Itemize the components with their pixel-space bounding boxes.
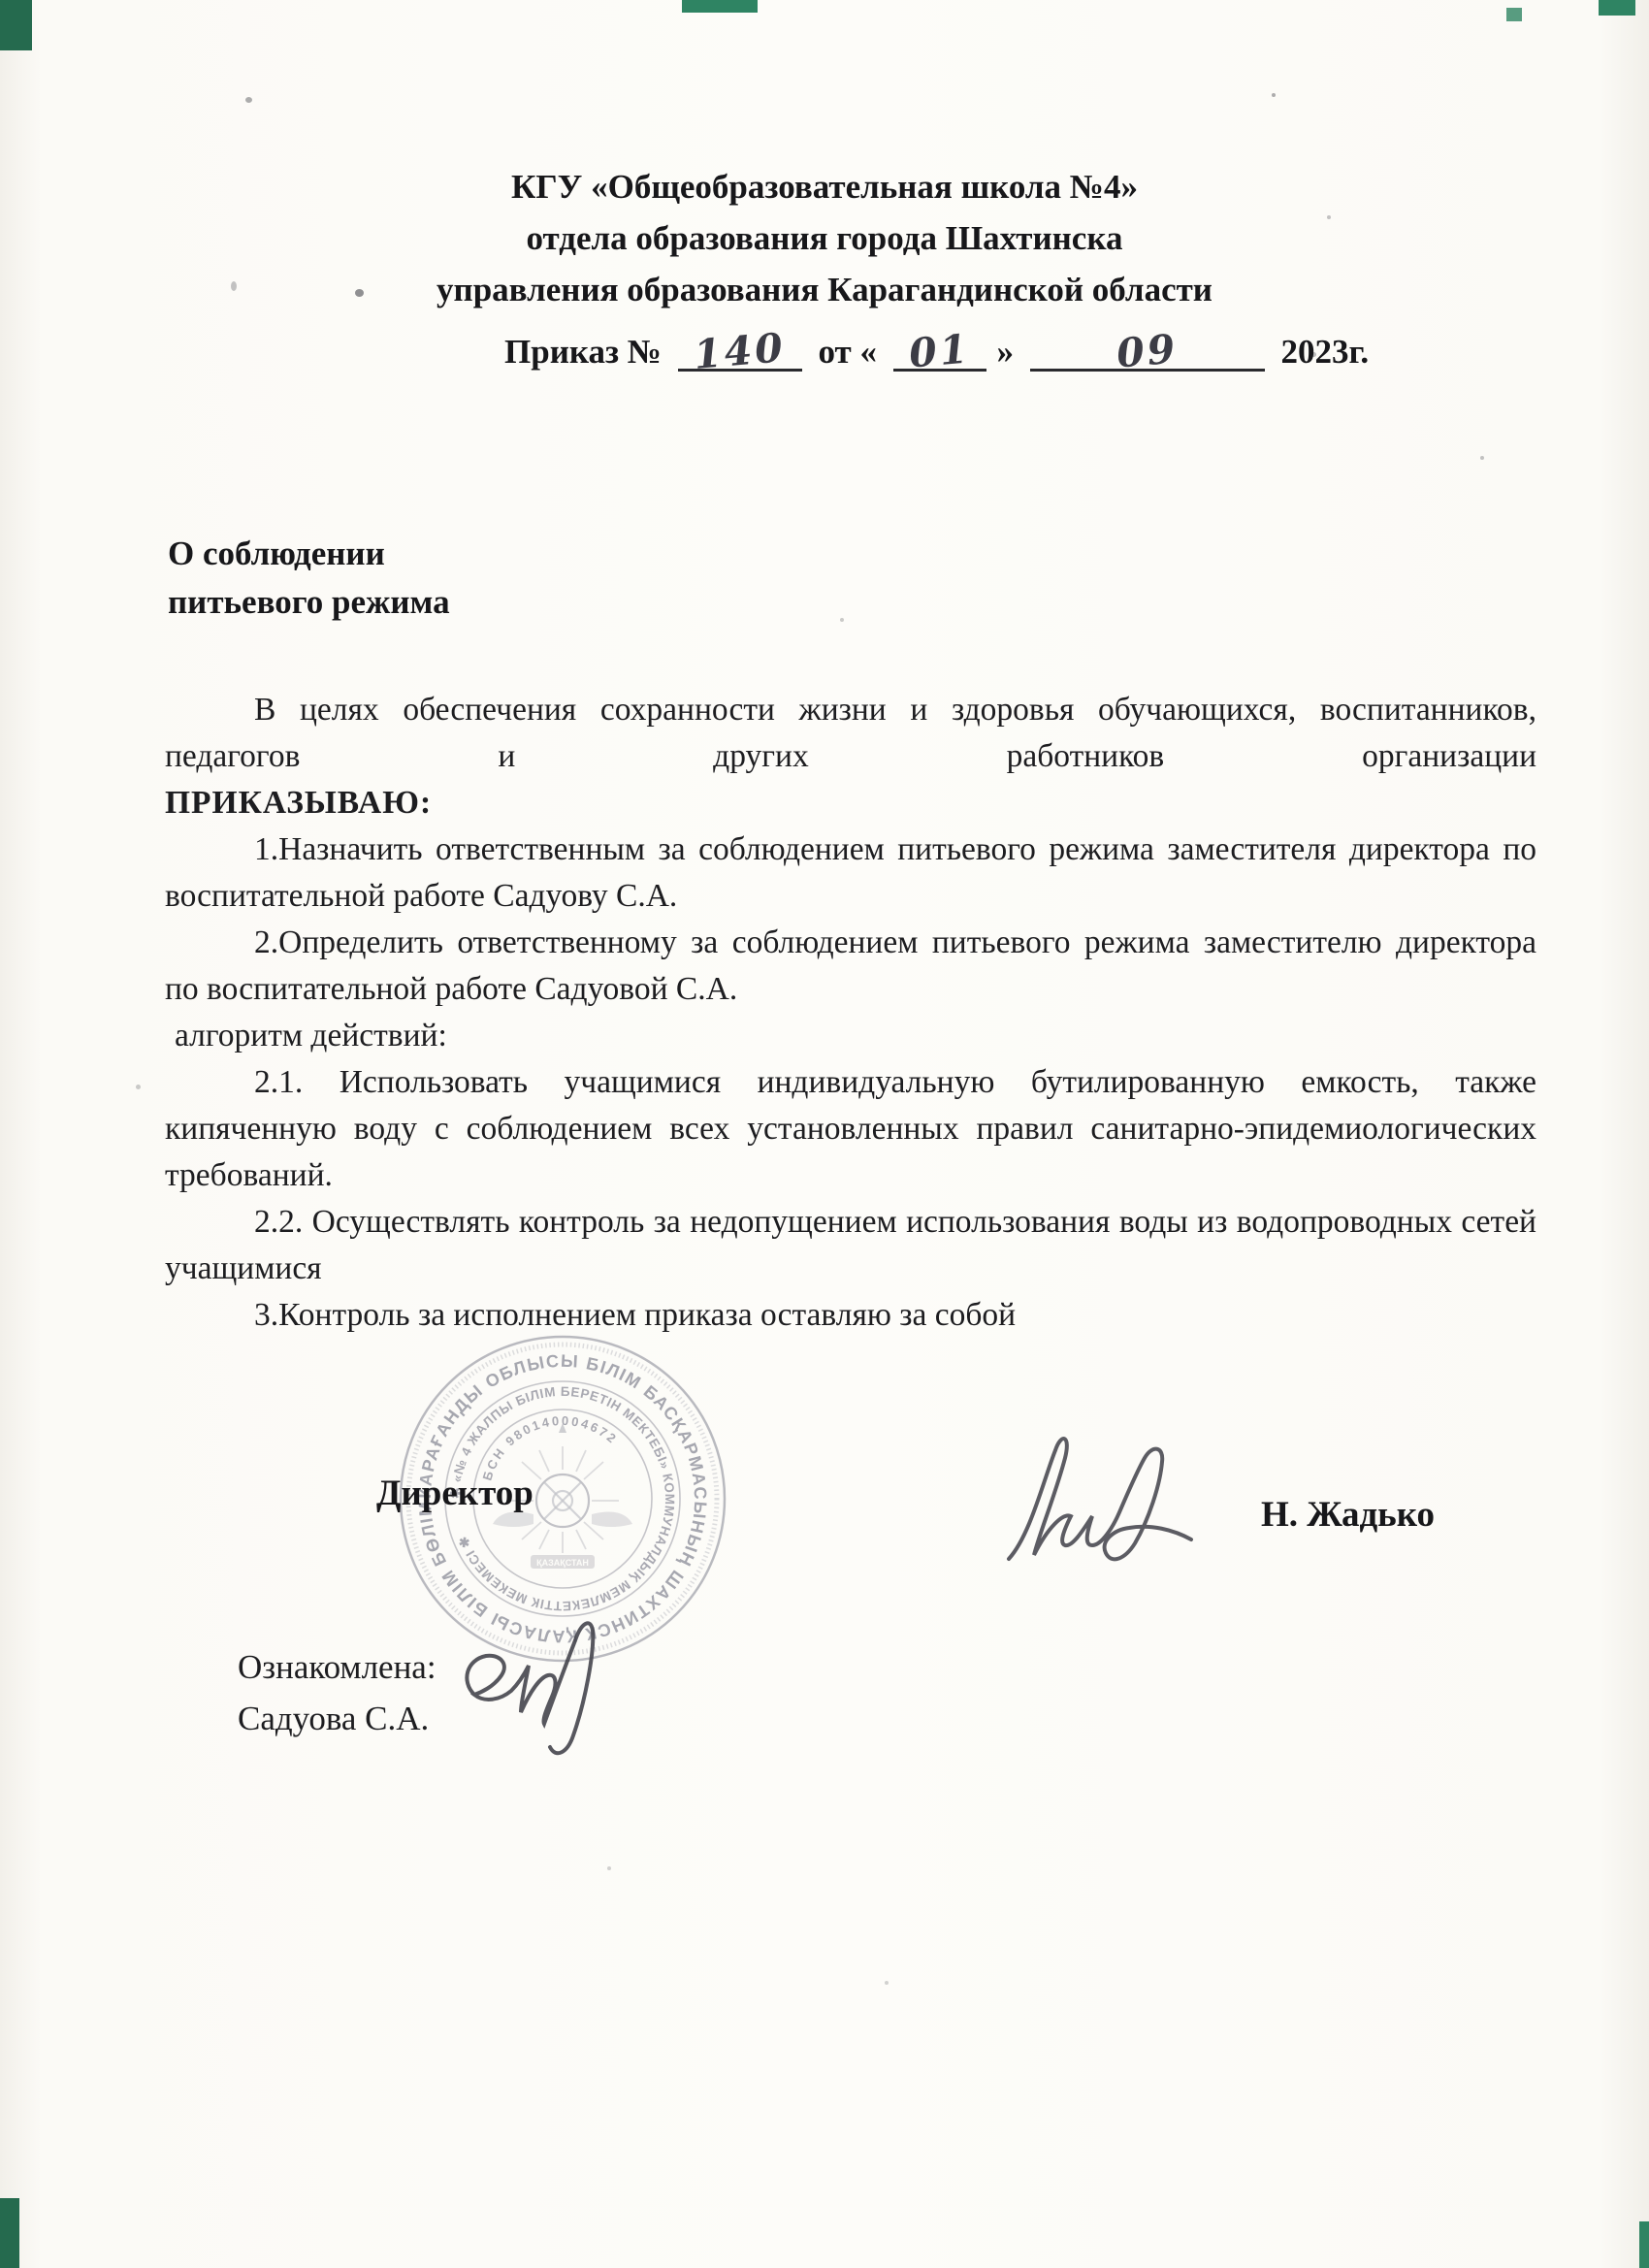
- order-month-handwritten: 09: [1115, 325, 1180, 376]
- scan-speck: [1480, 456, 1484, 460]
- point-2-continuation: алгоритм действий:: [165, 1013, 1536, 1059]
- point-2-1: 2.1. Использовать учащимися индивидуальн…: [165, 1059, 1536, 1199]
- director-label: Директор: [376, 1473, 533, 1514]
- scan-artifact: [1639, 2221, 1649, 2268]
- point-2: 2.Определить ответственному за соблюдени…: [165, 920, 1536, 1013]
- order-ot: от «: [818, 333, 876, 371]
- acknowledged-name: Садуова С.А.: [238, 1693, 436, 1744]
- point-2-2: 2.2. Осуществлять контроль за недопущени…: [165, 1199, 1536, 1292]
- intro-paragraph: В целях обеспечения сохранности жизни и …: [165, 687, 1536, 780]
- scan-artifact: [1506, 8, 1522, 21]
- scan-artifact: [682, 0, 758, 13]
- director-name: Н. Жадько: [1261, 1494, 1435, 1536]
- document-header: КГУ «Общеобразовательная школа №4» отдел…: [82, 161, 1567, 315]
- order-number-line: Приказ № 140 от « 01 » 09 2023г.: [504, 326, 1369, 372]
- scan-speck: [607, 1866, 611, 1870]
- order-day-blank: 01: [893, 326, 986, 372]
- order-number-handwritten: 140: [693, 324, 788, 378]
- prikaz-keyword: ПРИКАЗЫВАЮ:: [165, 780, 1536, 826]
- order-subject: О соблюдении питьевого режима: [168, 530, 450, 627]
- stamp-banner-text: ҚАЗАҚСТАН: [536, 1558, 589, 1568]
- order-prefix: Приказ №: [504, 333, 662, 371]
- scan-artifact: [0, 0, 32, 50]
- director-signature: [970, 1411, 1261, 1586]
- scan-artifact: [0, 2198, 19, 2268]
- scan-speck: [840, 618, 844, 622]
- acknowledged-signature: [441, 1605, 635, 1770]
- order-number-blank: 140: [678, 326, 802, 372]
- point-1: 1.Назначить ответственным за соблюдением…: [165, 826, 1536, 920]
- order-month-blank: 09: [1030, 326, 1265, 372]
- scanned-order-document: КГУ «Общеобразовательная школа №4» отдел…: [0, 0, 1649, 2268]
- scan-speck: [245, 97, 252, 103]
- scan-artifact: [1599, 0, 1635, 16]
- order-body: В целях обеспечения сохранности жизни и …: [165, 687, 1536, 1339]
- org-name-line3: управления образования Карагандинской об…: [82, 264, 1567, 315]
- org-name-line2: отдела образования города Шахтинска: [82, 212, 1567, 264]
- subject-line2: питьевого режима: [168, 578, 450, 627]
- scan-speck: [1272, 93, 1276, 97]
- order-quote: »: [996, 333, 1014, 371]
- order-year: 2023г.: [1280, 333, 1369, 371]
- org-name-line1: КГУ «Общеобразовательная школа №4»: [82, 161, 1567, 212]
- subject-line1: О соблюдении: [168, 530, 450, 578]
- order-day-handwritten: 01: [907, 325, 972, 376]
- point-3: 3.Контроль за исполнением приказа оставл…: [165, 1292, 1536, 1339]
- scan-speck: [136, 1085, 141, 1089]
- scan-speck: [885, 1981, 889, 1985]
